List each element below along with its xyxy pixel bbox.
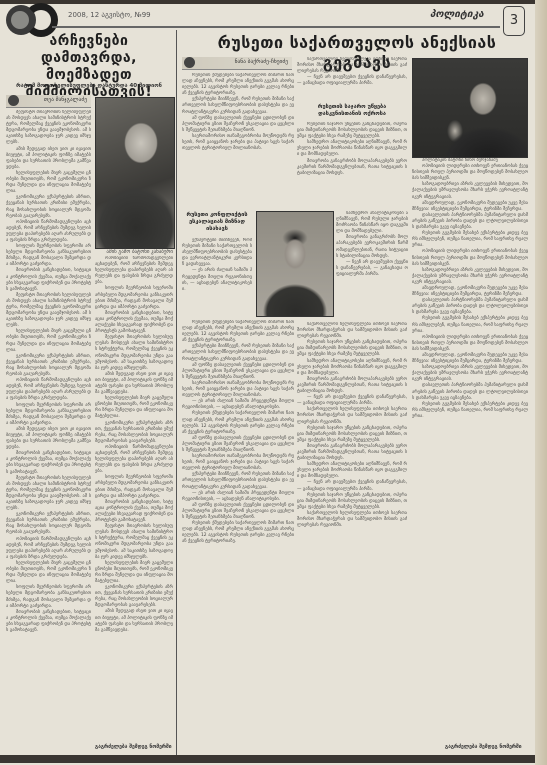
left-article-photo <box>95 97 175 249</box>
main-byline: ნანა ბაქრაძე-ჩხეიძე <box>182 57 292 70</box>
left-photo-caption: ამის გამო ბატონი კახაბერი <box>95 249 173 255</box>
newspaper-logo-icon <box>6 3 62 36</box>
left-article-body-col1: მეფისტო მთავრობის ხელისუფლებას მოსდევს ა… <box>6 110 91 705</box>
top-edge <box>0 0 547 4</box>
page-number: 3 <box>503 6 525 36</box>
left-article-kicker: რატომ მოდი ხელისუფლება დასტურდა 40 მილიო… <box>4 83 174 89</box>
page-fold-edge <box>535 0 547 765</box>
main-body-col2-beside-photo: სამხედრო ანალიტიკოსები აღნიშნავენ, რომ რ… <box>336 211 408 321</box>
main-byline-name: ნანა ბაქრაძე-ჩხეიძე <box>235 59 288 65</box>
main-body-col2-bottom: საქართველოს ხელისუფლება ითხოვს საერთაშორ… <box>297 322 407 750</box>
main-article-photo-right <box>412 58 528 158</box>
left-article-headline: არჩევნები დამთავრდა, მოემზადეთ შიმშილისა… <box>4 33 174 101</box>
main-body-col2-top: საქართველოს ხელისუფლება ითხოვს საერთაშორ… <box>297 57 407 102</box>
main-body-col1-top: რუსეთის ქმედებები საქართველოს მიმართ ნათ… <box>182 73 294 210</box>
section-title: პოლიტიკა <box>430 9 484 20</box>
main-article-signature: გაგრძელება შემდეგ ნომერში <box>445 744 522 750</box>
author-icon <box>8 95 19 106</box>
dateline: 2008, 12 აგვისტო, №99 <box>68 11 151 19</box>
masthead-rule <box>52 26 500 28</box>
left-byline: თეა მანჯგალაძე <box>6 95 91 108</box>
newspaper-page: 2008, 12 აგვისტო, №99 პოლიტიკა 3 არჩევნე… <box>0 0 535 765</box>
main-subhead-2: რუსეთი კონფლიქტის ესკალაციას მიზნად ისახ… <box>182 212 252 233</box>
bottom-edge <box>0 755 535 763</box>
main-subhead-1: რუსეთის საჯარო უწყება დასკვნისთანის ოქრო… <box>296 104 408 118</box>
main-article-photo-center <box>256 211 334 317</box>
main-body-col2-mid: რუსეთის საჯარო უწყების განცხადებით, ოპერ… <box>297 122 407 210</box>
column-divider <box>176 30 177 755</box>
left-byline-name: თეა მანჯგალაძე <box>44 97 87 103</box>
left-article-signature: გაგრძელება შემდეგ ნომერში <box>95 744 172 750</box>
main-body-col3: პოლიტიკის ბატონი ნინო ბურჯანაძე ოპოზიციი… <box>412 158 528 738</box>
author-icon <box>184 57 195 68</box>
main-body-col1-bottom: რუსეთის ქმედებები საქართველოს მიმართ ნათ… <box>182 320 294 750</box>
left-article-body-col2: ოპოზიციის წარმომადგენლები აცხადებენ, რომ… <box>95 256 173 716</box>
main-body-col1-beside-photo: ექსპერტები მიიჩნევენ, რომ რუსეთის მიზანი… <box>182 238 252 318</box>
